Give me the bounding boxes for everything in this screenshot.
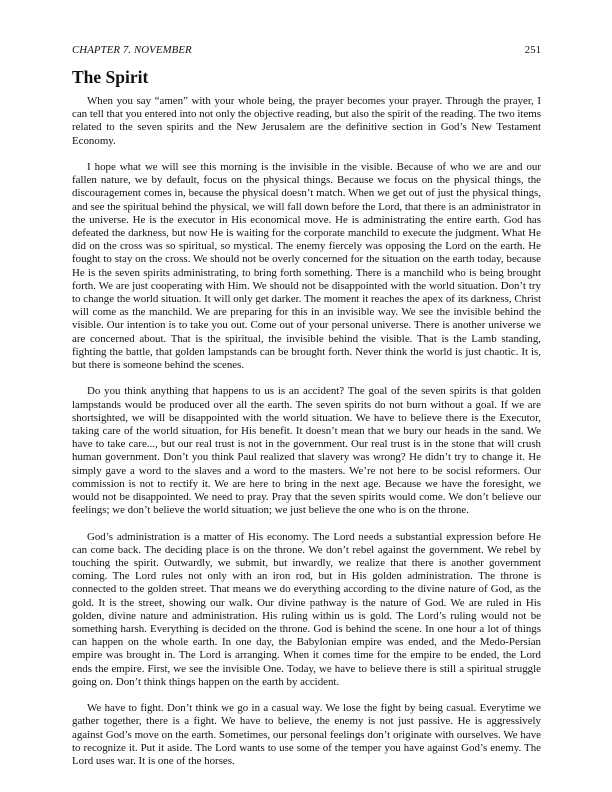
page-number: 251 bbox=[525, 43, 541, 57]
paragraph-4: God’s administration is a matter of His … bbox=[72, 531, 541, 689]
document-page: CHAPTER 7. NOVEMBER 251 The Spirit When … bbox=[72, 43, 541, 781]
paragraph-3: Do you think anything that happens to us… bbox=[72, 385, 541, 517]
chapter-label: CHAPTER 7. NOVEMBER bbox=[72, 43, 192, 57]
running-header: CHAPTER 7. NOVEMBER 251 bbox=[72, 43, 541, 57]
paragraph-1: When you say “amen” with your whole bein… bbox=[72, 95, 541, 148]
section-title: The Spirit bbox=[72, 67, 541, 87]
paragraph-2: I hope what we will see this morning is … bbox=[72, 161, 541, 372]
paragraph-5: We have to fight. Don’t think we go in a… bbox=[72, 702, 541, 768]
